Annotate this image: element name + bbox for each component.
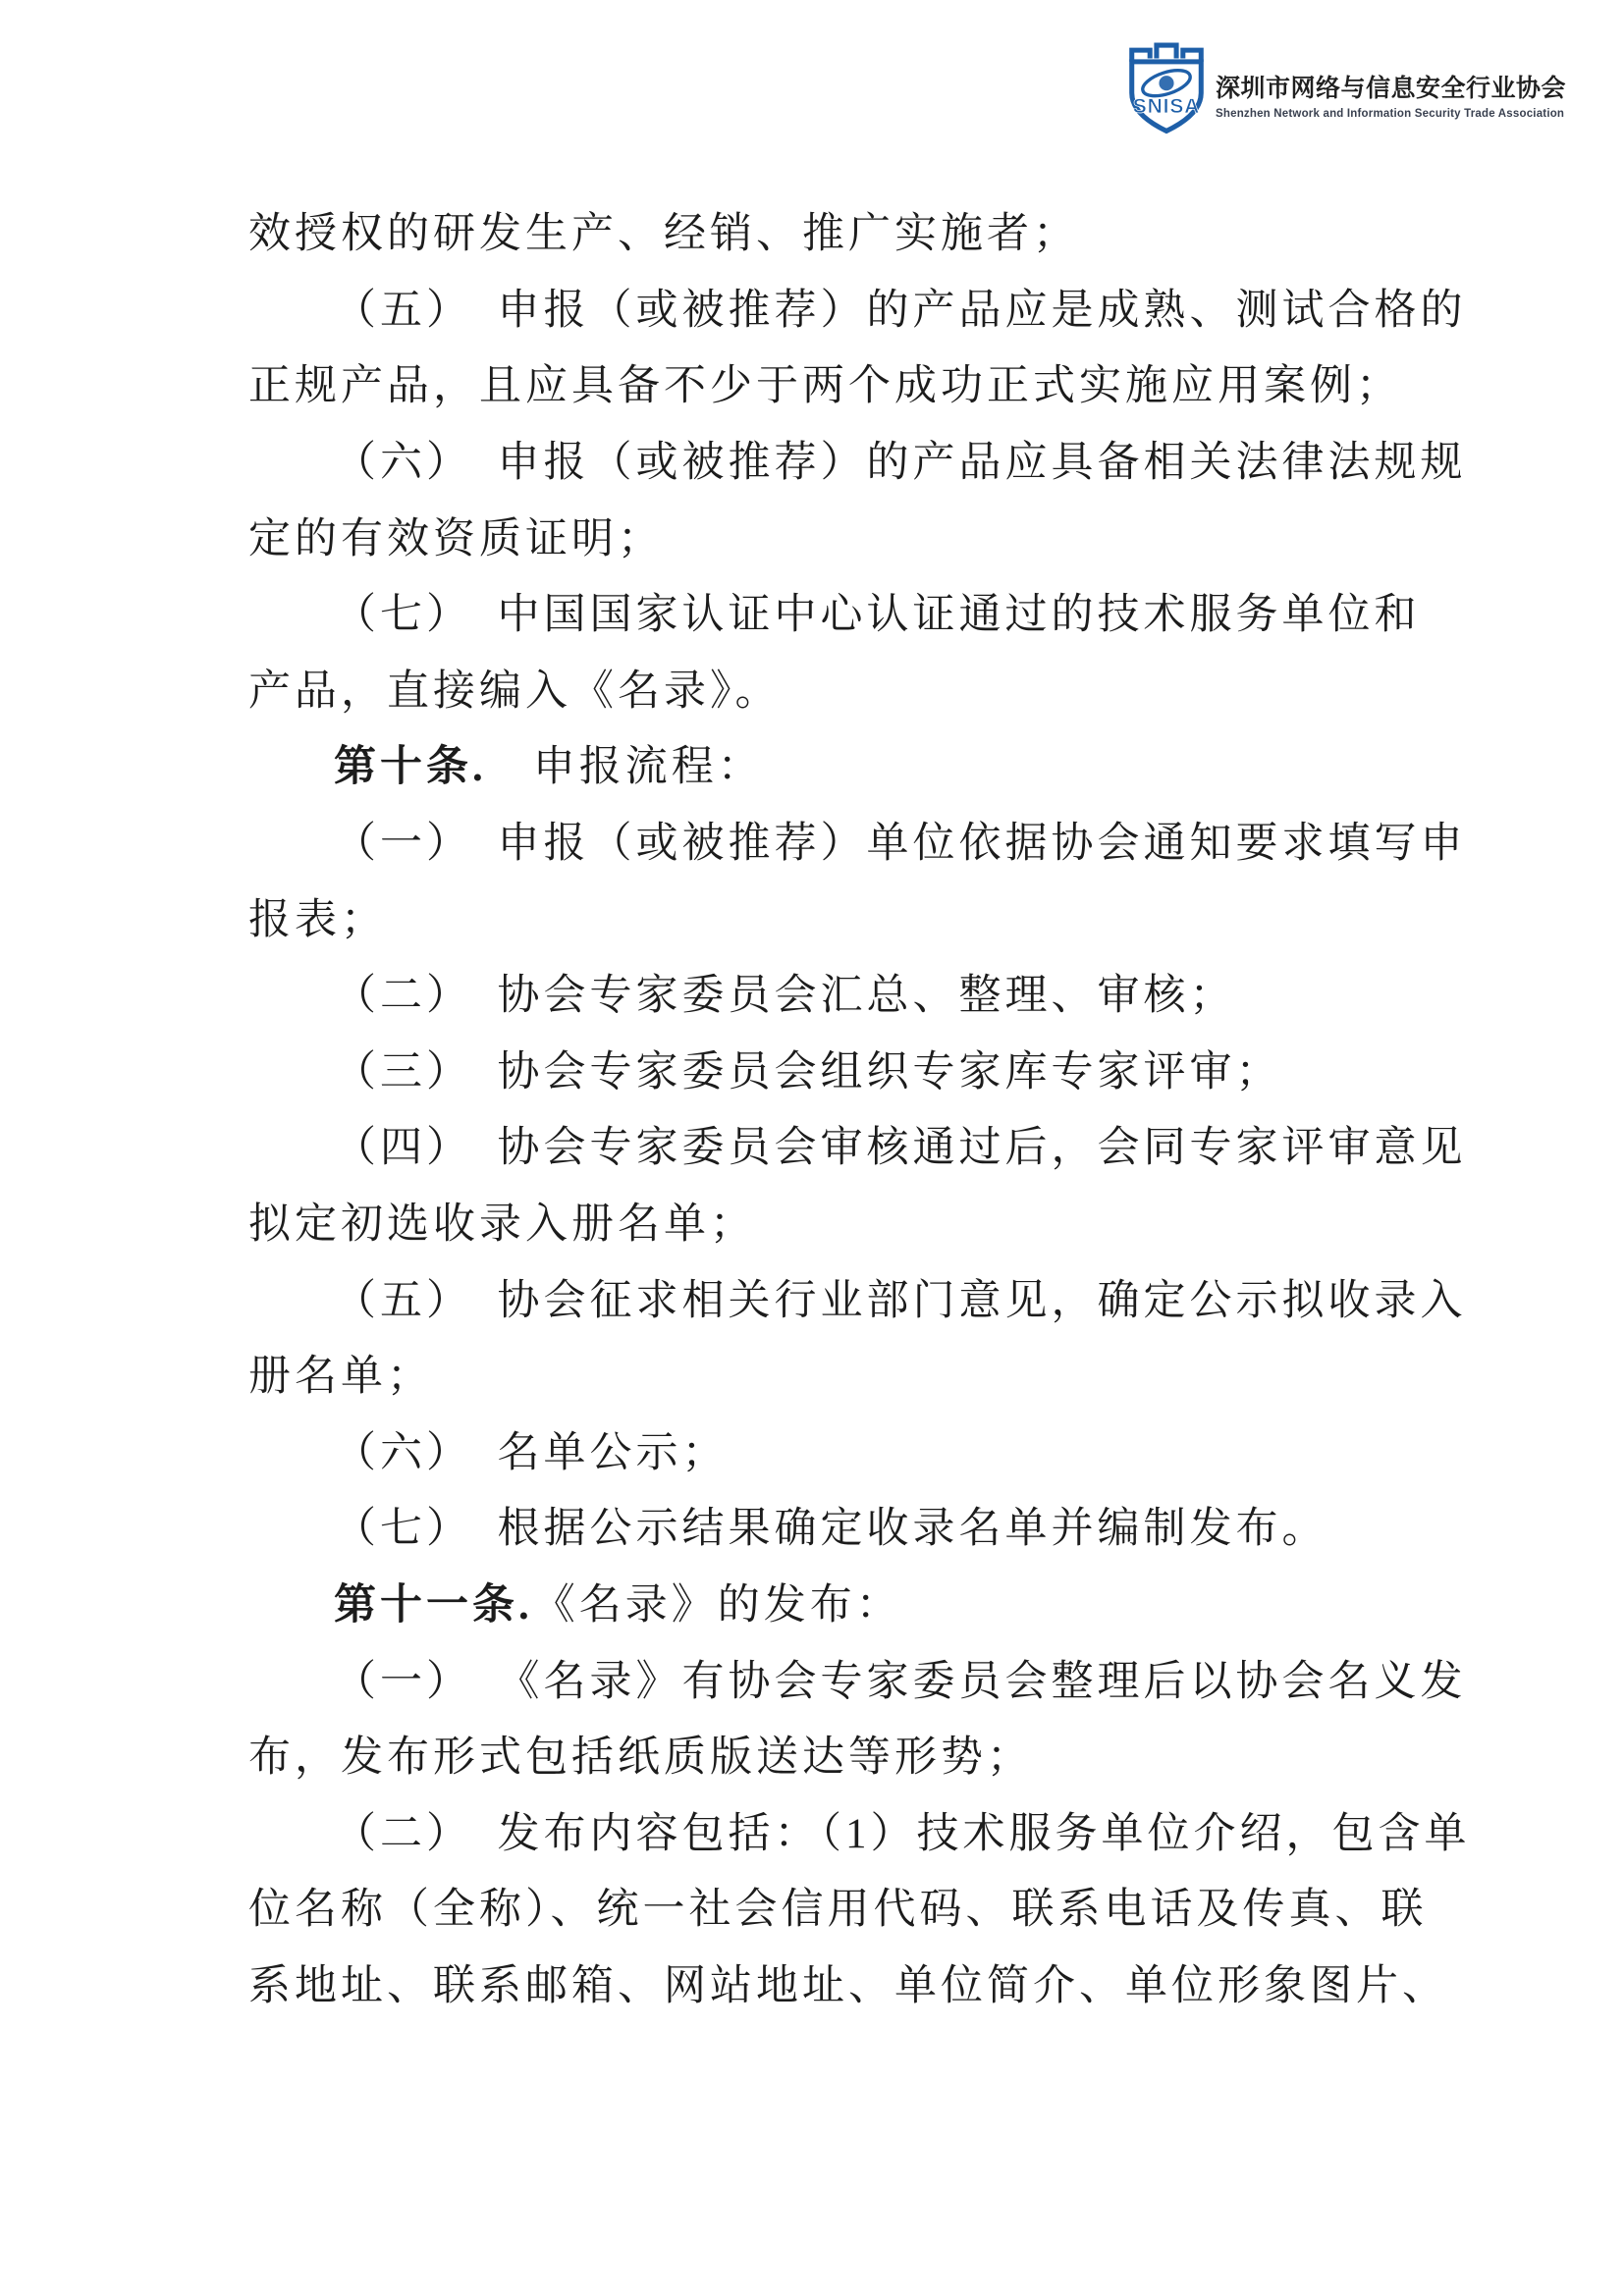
snisa-shield-logo-icon: SNISA (1125, 41, 1208, 137)
line-text: 报表； (248, 899, 387, 941)
line-text: （一） 申报（或被推荐）单位依据协会通知要求填写申 (334, 823, 1467, 865)
document-line: 效授权的研发生产、经销、推广实施者； (248, 196, 1402, 273)
line-text: （三） 协会专家委员会组织专家库专家评审； (334, 1051, 1282, 1094)
document-line: （七） 中国国家认证中心认证通过的技术服务单位和 (248, 577, 1402, 654)
line-text: 正规产品，且应具备不少于两个成功正式实施应用案例； (248, 365, 1402, 407)
line-text: （一） 《名录》有协会专家委员会整理后以协会名义发 (334, 1661, 1467, 1703)
org-name-en: Shenzhen Network and Information Securit… (1216, 108, 1564, 120)
document-line: （六） 名单公示； (248, 1415, 1402, 1492)
document-line: （二） 协会专家委员会汇总、整理、审核； (248, 958, 1402, 1035)
document-line: （五） 协会征求相关行业部门意见，确定公示拟收录入 (248, 1262, 1402, 1339)
document-line: 定的有效资质证明； (248, 501, 1402, 577)
line-text: （四） 协会专家委员会审核通过后，会同专家评审意见 (334, 1127, 1467, 1169)
line-text: 位名称（全称）、统一社会信用代码、联系电话及传真、联 (248, 1889, 1428, 1931)
document-line: 第十条. 申报流程： (248, 729, 1402, 806)
document-line: 拟定初选收录入册名单； (248, 1187, 1402, 1263)
line-text: 效授权的研发生产、经销、推广实施者； (248, 213, 1079, 255)
line-text: 定的有效资质证明； (248, 518, 664, 561)
line-text: 系地址、联系邮箱、网站地址、单位简介、单位形象图片、 (248, 1965, 1448, 2007)
clause-number-text: 第十一条. (334, 1584, 533, 1627)
document-line: （二） 发布内容包括：（1）技术服务单位介绍，包含单 (248, 1795, 1402, 1872)
document-line: 册名单； (248, 1339, 1402, 1415)
document-line: （一） 《名录》有协会专家委员会整理后以协会名义发 (248, 1643, 1402, 1720)
document-line: （四） 协会专家委员会审核通过后，会同专家评审意见 (248, 1110, 1402, 1187)
line-text: （七） 中国国家认证中心认证通过的技术服务单位和 (334, 594, 1421, 636)
line-text: 册名单； (248, 1356, 433, 1398)
line-text: （五） 协会征求相关行业部门意见，确定公示拟收录入 (334, 1280, 1467, 1322)
document-line: 系地址、联系邮箱、网站地址、单位简介、单位形象图片、 (248, 1949, 1402, 2025)
line-text: （二） 发布内容包括：（1）技术服务单位介绍，包含单 (334, 1813, 1471, 1855)
globe-shape (1159, 76, 1173, 90)
document-line: 产品，直接编入《名录》。 (248, 654, 1402, 730)
line-text: 布，发布形式包括纸质版送达等形势； (248, 1736, 1033, 1779)
document-line: 报表； (248, 881, 1402, 958)
line-text: （二） 协会专家委员会汇总、整理、审核； (334, 975, 1236, 1017)
document-line: （五） 申报（或被推荐）的产品应是成熟、测试合格的 (248, 273, 1402, 349)
document-line: 布，发布形式包括纸质版送达等形势； (248, 1720, 1402, 1796)
document-line: 正规产品，且应具备不少于两个成功正式实施应用案例； (248, 348, 1402, 425)
document-line: 位名称（全称）、统一社会信用代码、联系电话及传真、联 (248, 1872, 1402, 1949)
line-text: 申报流程： (487, 746, 764, 788)
document-line: （三） 协会专家委员会组织专家库专家评审； (248, 1035, 1402, 1111)
document-line: （六） 申报（或被推荐）的产品应具备相关法律法规规 (248, 425, 1402, 502)
document-line: （一） 申报（或被推荐）单位依据协会通知要求填写申 (248, 806, 1402, 882)
line-text: （六） 名单公示； (334, 1432, 729, 1474)
org-name-zh: 深圳市网络与信息安全行业协会 (1216, 69, 1566, 104)
logo-text: SNISA (1133, 95, 1200, 118)
document-line: 第十一条.《名录》的发布： (248, 1568, 1402, 1644)
line-text: （五） 申报（或被推荐）的产品应是成熟、测试合格的 (334, 290, 1467, 332)
line-text: 产品，直接编入《名录》。 (248, 670, 782, 713)
line-text: 拟定初选收录入册名单； (248, 1203, 756, 1246)
line-text: （六） 申报（或被推荐）的产品应具备相关法律法规规 (334, 442, 1467, 484)
document-body: 效授权的研发生产、经销、推广实施者；（五） 申报（或被推荐）的产品应是成熟、测试… (248, 196, 1402, 2024)
clause-number-text: 第十条. (334, 746, 487, 788)
line-text: （七） 根据公示结果确定收录名单并编制发布。 (334, 1508, 1328, 1550)
line-text: 《名录》的发布： (533, 1584, 902, 1627)
document-page: SNISA 深圳市网络与信息安全行业协会 Shenzhen Network an… (0, 0, 1624, 2296)
document-line: （七） 根据公示结果确定收录名单并编制发布。 (248, 1491, 1402, 1568)
